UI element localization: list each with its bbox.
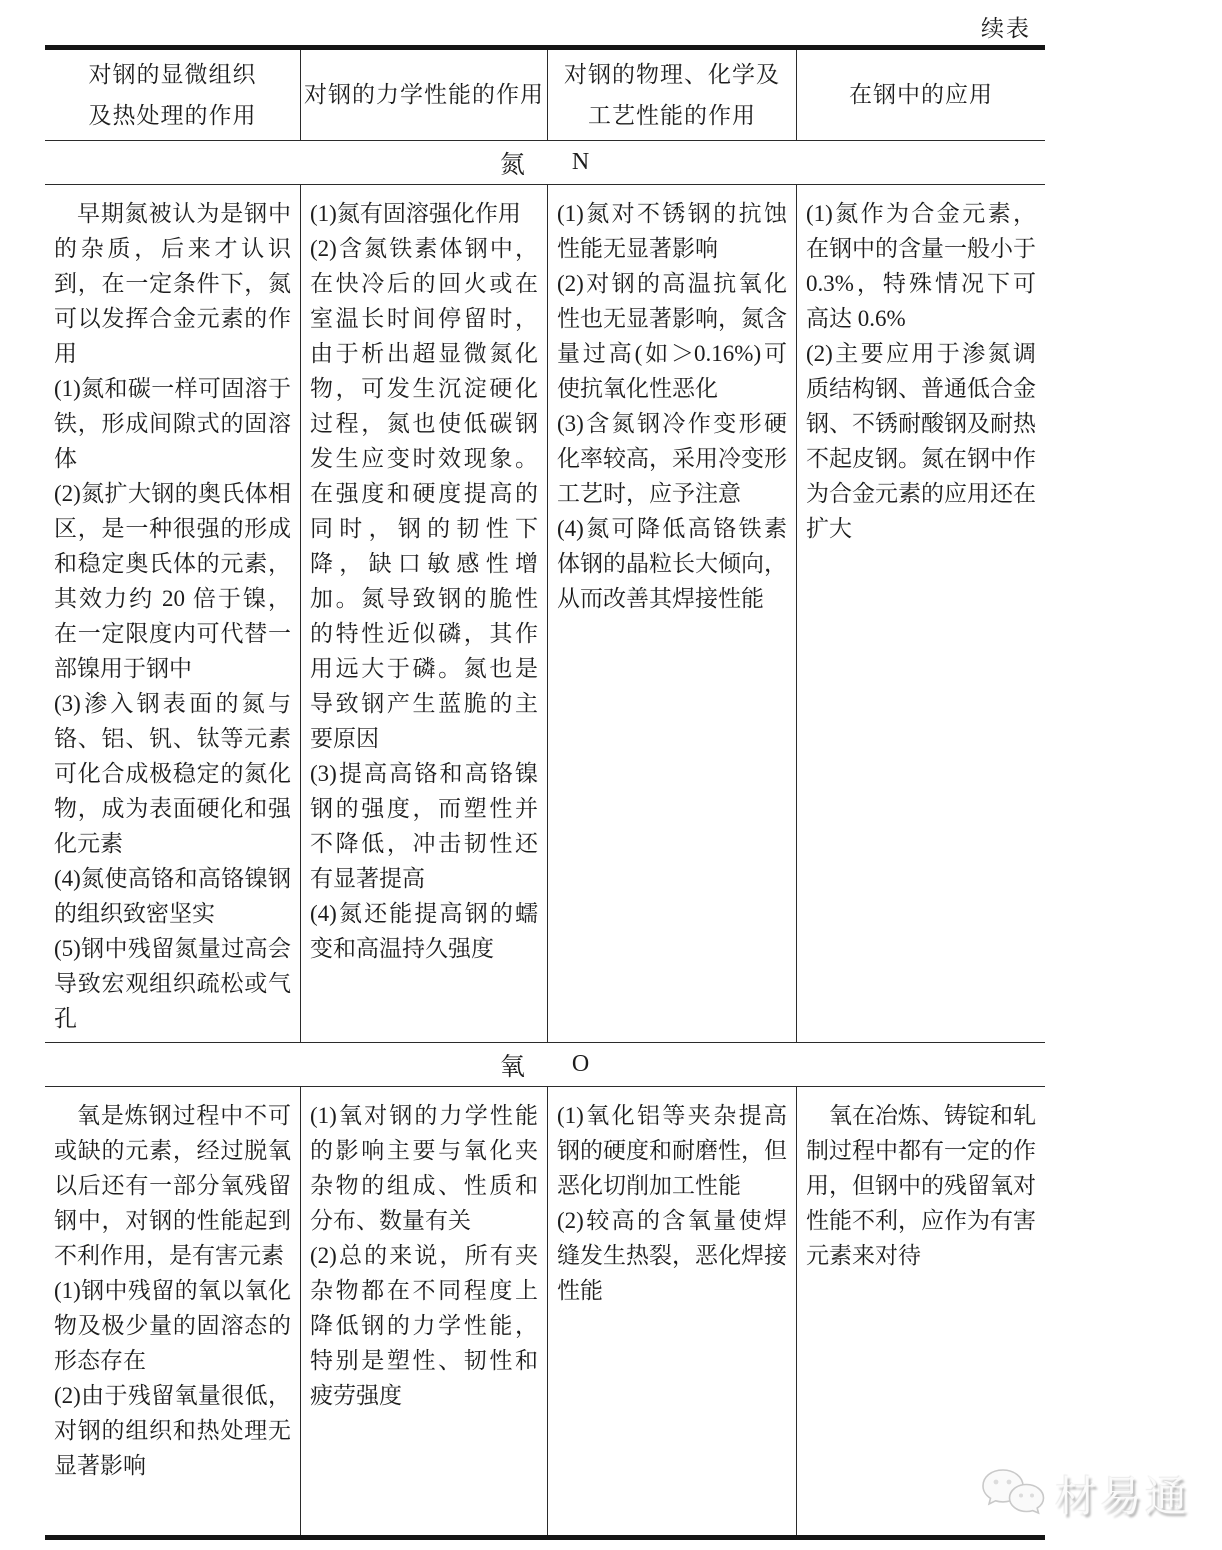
element-name-nitrogen: 氮 bbox=[500, 145, 526, 181]
paragraph: (3)提高高铬和高铬镍钢的强度，而塑性并不降低，冲击韧性还有显著提高 bbox=[310, 756, 538, 896]
element-name-oxygen: 氧 bbox=[500, 1047, 526, 1083]
paragraph: 氧在冶炼、铸锭和轧制过程中都有一定的作用，但钢中的残留氧对性能不利，应作为有害元… bbox=[806, 1098, 1036, 1273]
header-line: 对钢的物理、化学及 bbox=[564, 62, 780, 87]
header-line: 及热处理的作用 bbox=[89, 103, 257, 128]
paragraph: (3)含氮钢冷作变形硬化率较高，采用冷变形工艺时，应予注意 bbox=[557, 406, 787, 511]
paragraph: (1)氮对不锈钢的抗蚀性能无显著影响 bbox=[557, 196, 787, 266]
table-row-oxygen: 氧是炼钢过程中不可或缺的元素，经过脱氧以后还有一部分氧残留钢中，对钢的性能起到不… bbox=[45, 1087, 1045, 1535]
oxygen-physical-chemical-cell: (1)氧化铝等夹杂提高钢的硬度和耐磨性，但恶化切削加工性能 (2)较高的含氧量使… bbox=[548, 1087, 797, 1535]
paragraph: 氧是炼钢过程中不可或缺的元素，经过脱氧以后还有一部分氧残留钢中，对钢的性能起到不… bbox=[54, 1098, 291, 1273]
watermark-brand: 材易通 bbox=[1055, 1464, 1190, 1524]
header-mechanical: 对钢的力学性能的作用 bbox=[301, 50, 548, 140]
element-symbol-nitrogen: N bbox=[572, 149, 590, 176]
header-line: 对钢的力学性能的作用 bbox=[304, 82, 544, 107]
nitrogen-mechanical-cell: (1)氮有固溶强化作用 (2)含氮铁素体钢中，在快冷后的回火或在室温长时间停留时… bbox=[301, 185, 548, 1042]
paragraph: (2)总的来说，所有夹杂物都在不同程度上降低钢的力学性能，特别是塑性、韧性和疲劳… bbox=[310, 1238, 538, 1413]
header-microstructure: 对钢的显微组织 及热处理的作用 bbox=[45, 50, 301, 140]
table-header-row: 对钢的显微组织 及热处理的作用 对钢的力学性能的作用 对钢的物理、化学及 工艺性… bbox=[45, 50, 1045, 141]
paragraph: 早期氮被认为是钢中的杂质，后来才认识到，在一定条件下，氮可以发挥合金元素的作用 bbox=[54, 196, 291, 371]
paragraph: (1)氮和碳一样可固溶于铁，形成间隙式的固溶体 bbox=[54, 371, 291, 476]
paragraph: (1)氧化铝等夹杂提高钢的硬度和耐磨性，但恶化切削加工性能 bbox=[557, 1098, 787, 1203]
alloy-elements-table: 对钢的显微组织 及热处理的作用 对钢的力学性能的作用 对钢的物理、化学及 工艺性… bbox=[45, 45, 1045, 1540]
header-line: 工艺性能的作用 bbox=[588, 103, 756, 128]
paragraph: (2)氮扩大钢的奥氏体相区，是一种很强的形成和稳定奥氏体的元素，其效力约 20 … bbox=[54, 476, 291, 686]
paragraph: (3)渗入钢表面的氮与铬、铝、钒、钛等元素可化合成极稳定的氮化物，成为表面硬化和… bbox=[54, 686, 291, 861]
paragraph: (5)钢中残留氮量过高会导致宏观组织疏松或气孔 bbox=[54, 931, 291, 1036]
paragraph: (1)氮作为合金元素，在钢中的含量一般小于 0.3%，特殊情况下可高达 0.6% bbox=[806, 196, 1036, 336]
wechat-icon bbox=[981, 1467, 1045, 1521]
nitrogen-microstructure-cell: 早期氮被认为是钢中的杂质，后来才认识到，在一定条件下，氮可以发挥合金元素的作用 … bbox=[45, 185, 301, 1042]
header-line: 在钢中的应用 bbox=[849, 82, 993, 107]
paragraph: (2)主要应用于渗氮调质结构钢、普通低合金钢、不锈耐酸钢及耐热不起皮钢。氮在钢中… bbox=[806, 336, 1036, 546]
paragraph: (2)对钢的高温抗氧化性也无显著影响，氮含量过高(如＞0.16%)可使抗氧化性恶… bbox=[557, 266, 787, 406]
oxygen-mechanical-cell: (1)氧对钢的力学性能的影响主要与氧化夹杂物的组成、性质和分布、数量有关 (2)… bbox=[301, 1087, 548, 1535]
paragraph: (4)氮使高铬和高铬镍钢的组织致密坚实 bbox=[54, 861, 291, 931]
paragraph: (2)较高的含氧量使焊缝发生热裂，恶化焊接性能 bbox=[557, 1203, 787, 1308]
paragraph: (1)氧对钢的力学性能的影响主要与氧化夹杂物的组成、性质和分布、数量有关 bbox=[310, 1098, 538, 1238]
oxygen-microstructure-cell: 氧是炼钢过程中不可或缺的元素，经过脱氧以后还有一部分氧残留钢中，对钢的性能起到不… bbox=[45, 1087, 301, 1535]
section-band-nitrogen: 氮 N bbox=[45, 141, 1045, 185]
paragraph: (2)由于残留氧量很低，对钢的组织和热处理无显著影响 bbox=[54, 1378, 291, 1483]
header-application: 在钢中的应用 bbox=[797, 50, 1045, 140]
header-line: 对钢的显微组织 bbox=[89, 62, 257, 87]
element-symbol-oxygen: O bbox=[572, 1051, 590, 1078]
paragraph: (2)含氮铁素体钢中，在快冷后的回火或在室温长时间停留时，由于析出超显微氮化物，… bbox=[310, 231, 538, 756]
nitrogen-physical-chemical-cell: (1)氮对不锈钢的抗蚀性能无显著影响 (2)对钢的高温抗氧化性也无显著影响，氮含… bbox=[548, 185, 797, 1042]
header-physical-chemical: 对钢的物理、化学及 工艺性能的作用 bbox=[548, 50, 797, 140]
paragraph: (4)氮还能提高钢的蠕变和高温持久强度 bbox=[310, 896, 538, 966]
section-band-oxygen: 氧 O bbox=[45, 1043, 1045, 1087]
watermark: 材易通 bbox=[981, 1464, 1190, 1524]
continued-table-label: 续表 bbox=[45, 10, 1045, 43]
paragraph: (4)氮可降低高铬铁素体钢的晶粒长大倾向，从而改善其焊接性能 bbox=[557, 511, 787, 616]
nitrogen-application-cell: (1)氮作为合金元素，在钢中的含量一般小于 0.3%，特殊情况下可高达 0.6%… bbox=[797, 185, 1045, 1042]
scanned-book-page: 续表 对钢的显微组织 及热处理的作用 对钢的力学性能的作用 对钢的物理、化学及 … bbox=[0, 0, 1222, 1550]
paragraph: (1)钢中残留的氧以氧化物及极少量的固溶态的形态存在 bbox=[54, 1273, 291, 1378]
table-row-nitrogen: 早期氮被认为是钢中的杂质，后来才认识到，在一定条件下，氮可以发挥合金元素的作用 … bbox=[45, 185, 1045, 1043]
paragraph: (1)氮有固溶强化作用 bbox=[310, 196, 538, 231]
